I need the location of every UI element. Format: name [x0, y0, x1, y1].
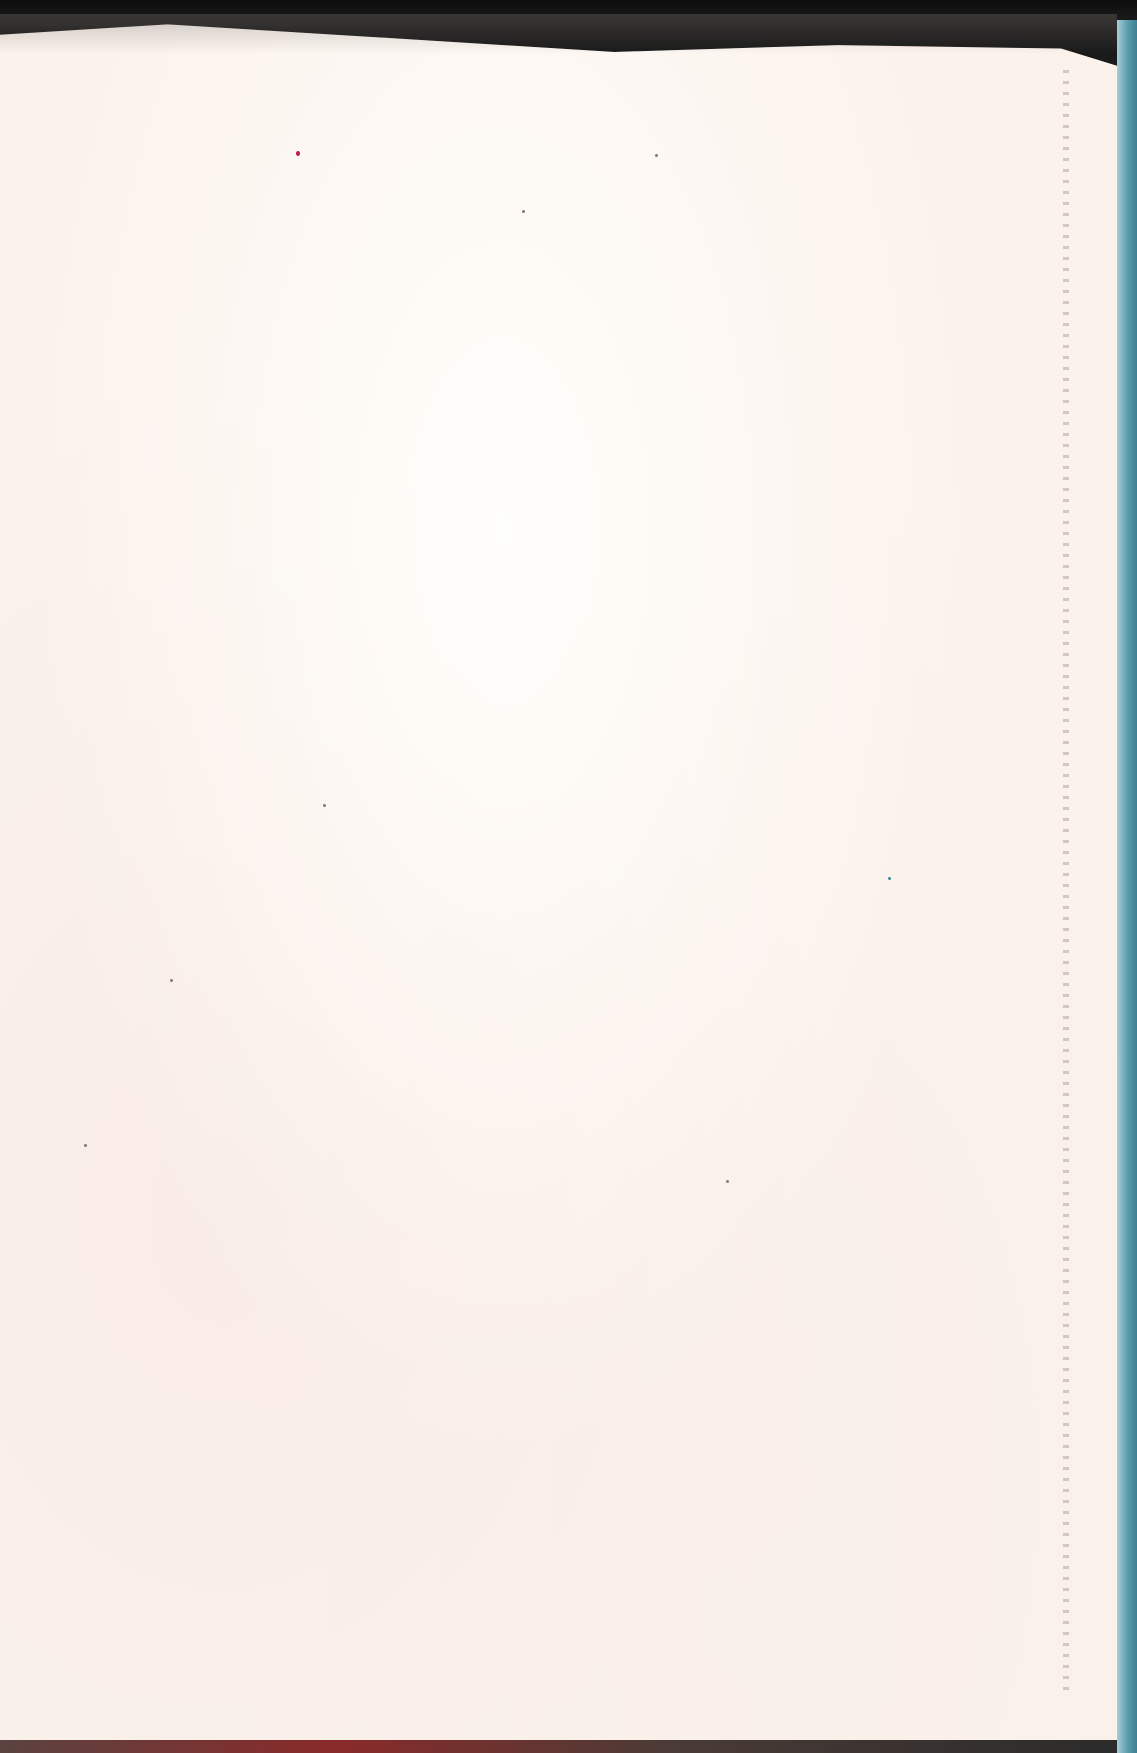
paper-speck	[323, 804, 326, 807]
paper-speck	[655, 154, 658, 157]
paper-speck	[888, 877, 891, 880]
ink-speck	[296, 151, 300, 156]
book-spine-strip	[1117, 20, 1137, 1753]
paper-speck	[522, 210, 525, 213]
blank-page	[0, 14, 1117, 1740]
binding-stitch-marks	[1063, 70, 1069, 1690]
paper-speck	[84, 1144, 87, 1147]
paper-speck	[170, 979, 173, 982]
scan-top-edge	[0, 0, 1137, 26]
paper-speck	[726, 1180, 729, 1183]
scan-bottom-edge	[0, 1740, 1117, 1753]
